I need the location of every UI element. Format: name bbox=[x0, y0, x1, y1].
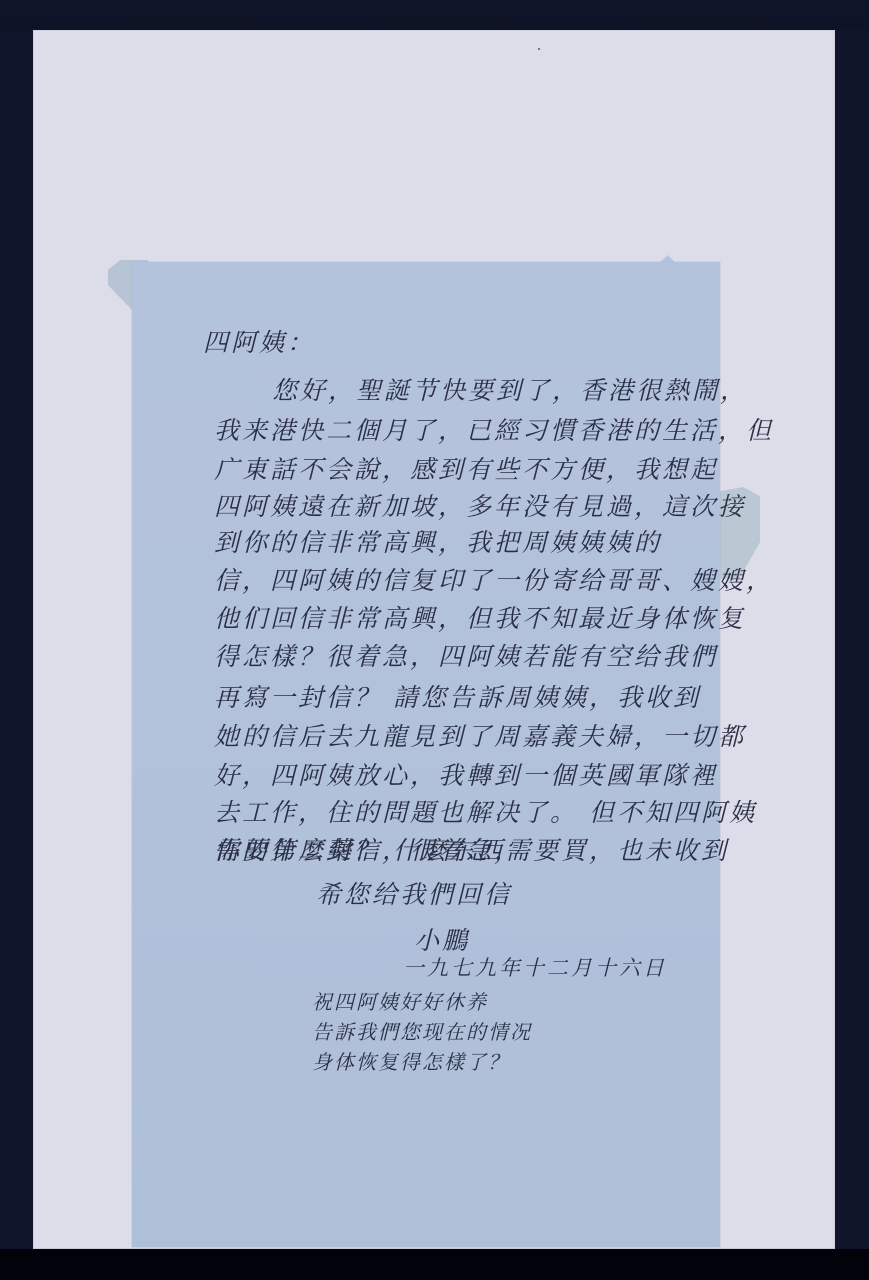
body-line: 再寫一封信？ 請您告訴周姨姨，我收到 bbox=[214, 685, 701, 710]
postscript-line: 祝四阿姨好好休养 bbox=[312, 992, 488, 1012]
body-line: 到你的信非常高興，我把周姨姨姨的 bbox=[214, 530, 662, 555]
date-line: 一九七九年十二月十六日 bbox=[403, 958, 667, 979]
body-line: 得怎樣？很着急，四阿姨若能有空给我們 bbox=[214, 644, 718, 669]
closing-line: 希您给我們回信 bbox=[316, 882, 512, 907]
body-line: 广東話不会說，感到有些不方便，我想起 bbox=[214, 457, 718, 482]
letter-sheet bbox=[132, 262, 720, 1247]
body-line: 你的第二封信，很着急， bbox=[214, 838, 522, 863]
body-line: 四阿姨遠在新加坡，多年没有見過，這次接 bbox=[214, 494, 746, 519]
scan-background-right bbox=[835, 30, 869, 1249]
scan-background-bottom bbox=[0, 1249, 869, 1280]
scan-background-top bbox=[0, 0, 869, 30]
body-line: 您好，聖誕节快要到了，香港很熱鬧， bbox=[272, 378, 748, 403]
body-line: 她的信后去九龍見到了周嘉義夫婦，一切都 bbox=[214, 724, 746, 749]
body-line: 去工作，住的問題也解决了。 但不知四阿姨 bbox=[214, 800, 757, 825]
body-line: 好，四阿姨放心，我轉到一個英國軍隊裡 bbox=[214, 763, 718, 788]
salutation: 四阿姨： bbox=[203, 330, 315, 355]
body-line: 信，四阿姨的信复印了一份寄给哥哥、嫂嫂， bbox=[214, 568, 774, 593]
signature: 小鵬 bbox=[414, 928, 470, 953]
speck bbox=[538, 48, 540, 50]
scan-background-left bbox=[0, 30, 33, 1249]
postscript-line: 告訴我們您现在的情况 bbox=[312, 1022, 532, 1042]
body-line: 他们回信非常高興，但我不知最近身体恢复 bbox=[214, 606, 746, 631]
postscript-line: 身体恢复得怎樣了？ bbox=[312, 1052, 510, 1072]
body-line: 我来港快二個月了，已經习慣香港的生活，但 bbox=[214, 418, 774, 443]
